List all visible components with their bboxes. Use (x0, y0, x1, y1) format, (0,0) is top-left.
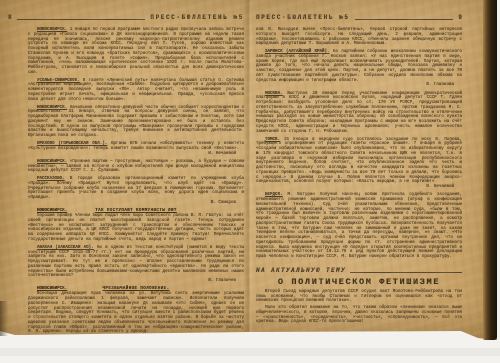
signature: И. Нечаевой (28, 152, 244, 157)
signature: В. Глазкова (256, 83, 462, 88)
article-title: О ПОЛИТИЧЕСКОМ ФЕТИШИЗМЕ (256, 277, 462, 287)
dateline: ОРЕХОВО (ГОРЬКОВСКАЯ ОБЛ.). (37, 142, 107, 146)
dateline: НОВОСИБИРСК. (37, 28, 67, 32)
article-paragraph: Мало кто обратил внимание на то, что так… (256, 306, 462, 325)
news-item: НОВОСИБИРСК. 1 января по первой программ… (28, 28, 244, 76)
header-rule-left (17, 19, 146, 20)
dateline: БЕРДСК. (265, 193, 283, 197)
news-item: БЕРДСК. М. Батурин получил наконец копию… (256, 193, 462, 260)
news-item: ОРЕХОВО (ГОРЬКОВСКАЯ ОБЛ.). Органы КГБ н… (28, 142, 244, 157)
page-right: ПРЕСС-БЮЛЛЕТЕНЬ №5 9 ков В. Выходцев выч… (256, 0, 462, 327)
news-item: НОВОСИБИРСК. ЧРЕЗВЫЧАЙНОЕ ПОЛОЖЕНИЕ. Все… (28, 287, 244, 335)
item-text: Хороший пример членам бюро подал член бю… (28, 214, 244, 242)
page-number-left: 8 (8, 14, 12, 21)
rubric-row: НА АКТУАЛЬНУЮ ТЕМУ (256, 267, 462, 274)
masthead-right: ПРЕСС-БЮЛЛЕТЕНЬ №5 (256, 14, 350, 21)
rubric-rule (350, 272, 462, 273)
page-corner-shadow (0, 301, 8, 336)
item-text: 1 января по первой программе местного ра… (28, 28, 244, 75)
news-item: АБАКАН (ХАКАССКАЯ АО). Ни в одном из тек… (28, 246, 244, 284)
article-paragraph: Второй Съезд народных депутатов СССР осу… (256, 290, 462, 304)
item-text: Всеобщая декларация прав человека на ул.… (28, 292, 244, 334)
scanned-spread: 8 ПРЕСС-БЮЛЛЕТЕНЬ №5 НОВОСИБИРСК. 1 янва… (0, 0, 500, 363)
dateline: ЗАРИНСК (АЛТАЙСКИЙ КРАЙ). (265, 50, 330, 54)
page-number-right: 9 (458, 14, 462, 21)
item-text: В газете «Ленинский путь» напечатана бол… (28, 79, 244, 102)
dateline: АБАКАН (ХАКАССКАЯ АО). (37, 246, 94, 250)
news-item: МОСКВА. Выступая 20 января перед участни… (256, 92, 462, 135)
rubric-label: НА АКТУАЛЬНУЮ ТЕМУ (256, 267, 346, 274)
dateline: НОВОСИБИРСК. (37, 160, 67, 164)
news-item: РАССКАЗОВО. В городе образован организац… (28, 177, 244, 206)
paper-spread: 8 ПРЕСС-БЮЛЛЕТЕНЬ №5 НОВОСИБИРСК. 1 янва… (0, 0, 497, 341)
masthead-left: ПРЕСС-БЮЛЛЕТЕНЬ №5 (150, 14, 244, 21)
header-rule-right (355, 19, 454, 20)
signature: И. Нечаевой (256, 185, 462, 190)
item-text: 31 января в народном суде состоялось зас… (256, 138, 462, 185)
news-item: НОВОСИБИРСК. «Прежние партии — преступны… (28, 160, 244, 174)
news-item: ТОМСК. 31 января в народном суде состоял… (256, 138, 462, 191)
news-item: УСОЛЬЕ-СИБИРСКОЕ. В газете «Ленинский пу… (28, 79, 244, 103)
continuation-text: ков В. Выходцев вычел «Пресс-бюллетень»,… (256, 28, 462, 47)
page-fold (243, 0, 255, 336)
item-text: М. Батурин получил наконец копию протоко… (256, 193, 462, 259)
news-item: ЗАРИНСК (АЛТАЙСКИЙ КРАЙ). На партийном с… (256, 50, 462, 88)
running-head-right: ПРЕСС-БЮЛЛЕТЕНЬ №5 9 (256, 14, 462, 21)
signature: В. Самаров (28, 201, 244, 206)
news-item: НОВОСИБИРСК. Начальник оперативно-дежурн… (28, 106, 244, 139)
item-text: На партийном собрании мехколонны коммуни… (256, 50, 462, 83)
item-text: Начальник оперативно-дежурной части обыч… (28, 106, 244, 139)
item-text: Ни в одном из текстов конституций (имеют… (28, 246, 244, 279)
item-text: Выступая 20 января перед участниками кон… (256, 92, 462, 134)
dateline: РАССКАЗОВО. (37, 177, 65, 181)
running-head-left: 8 ПРЕСС-БЮЛЛЕТЕНЬ №5 (8, 14, 244, 21)
signature: В. Глазычев (28, 279, 244, 284)
dateline: ТОМСК. (265, 138, 280, 142)
scanner-background-band (0, 348, 500, 356)
page-left: 8 ПРЕСС-БЮЛЛЕТЕНЬ №5 НОВОСИБИРСК. 1 янва… (28, 0, 244, 338)
book-edge-strip (483, 0, 497, 340)
news-item: НОВОСИБИРСК. ТАК ПОСТУПАЮТ КОММУНИСТЫ ЛИ… (28, 209, 244, 243)
